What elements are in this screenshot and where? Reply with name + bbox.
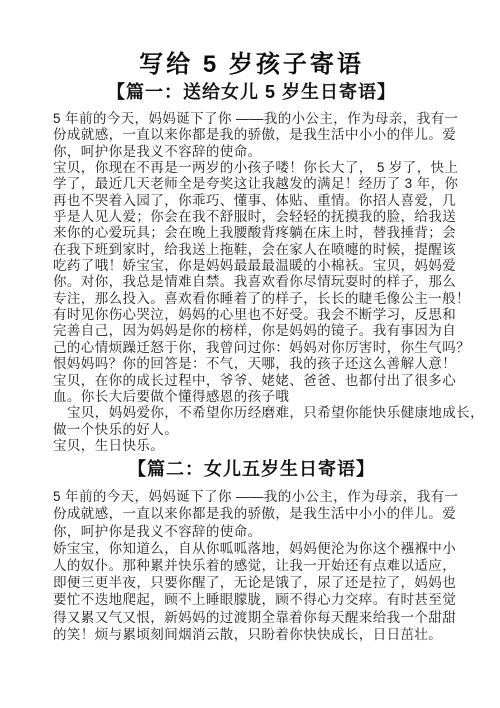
text-line: 来你的心爱玩具；会在晚上我腰酸背疼躺在床上时，替我捶背；会 <box>53 225 450 241</box>
text-line: 你。对你，我总是情难自禁。我喜欢看你尽情玩耍时的样子，那么 <box>53 274 450 290</box>
text-line: 5 年前的今天，妈妈诞下了你 ——我的小公主，作为母亲，我有一 <box>53 111 450 127</box>
text-line: 恨妈妈吗？你的回答是：不气，天哪，我的孩子还这么善解人意！ <box>53 356 450 372</box>
text-line: 你，呵护你是我义不容辞的使命。 <box>53 144 450 160</box>
text-line: 即便三更半夜，只要你醒了，无论是饿了，尿了还是拉了，妈妈也 <box>53 574 450 591</box>
text-line: 娇宝宝，你知道么，自从你呱呱落地，妈妈便沦为你这个襁褓中小 <box>53 540 450 557</box>
section-1-heading: 【篇一：送给女儿 5 岁生日寄语】 <box>53 80 450 104</box>
text-line: 血。你长大后要做个懂得感恩的孩子哦 <box>53 389 450 405</box>
text-line: 吃药了哦！娇宝宝，你是妈妈最最最温暖的小棉袄。宝贝，妈妈爱 <box>53 258 450 274</box>
text-line: 做一个快乐的好人。 <box>53 422 450 438</box>
document-title: 写给 5 岁孩子寄语 <box>53 50 450 80</box>
text-line: 要忙不迭地爬起，顾不上睡眼朦胧，顾不得心力交瘁。有时甚至觉 <box>53 591 450 608</box>
section-2-heading: 【篇二：女儿五岁生日寄语】 <box>53 457 450 481</box>
section-1-body: 5 年前的今天，妈妈诞下了你 ——我的小公主，作为母亲，我有一份成就感，一直以来… <box>53 111 450 454</box>
text-line: 宝贝，在你的成长过程中，爷爷、姥姥、爸爸、也都付出了很多心 <box>53 373 450 389</box>
text-line: 完善自己，因为妈妈是你的榜样，你是妈妈的镜子。我有事因为自 <box>53 323 450 339</box>
text-line: 宝贝，你现在不再是一两岁的小孩子喽！你长大了， 5 岁了，快上 <box>53 160 450 176</box>
text-line: 人的奴仆。那种累并快乐着的感觉，让我一开始还有点难以适应， <box>53 557 450 574</box>
text-line: 有时见你伤心哭泣，妈妈的心里也不好受。我会不断学习，反思和 <box>53 307 450 323</box>
paragraph: 5 年前的今天，妈妈诞下了你 ——我的小公主，作为母亲，我有一份成就感，一直以来… <box>53 488 450 540</box>
text-line: 学了，最近几天老师全是夸奖这让我越发的满足！经历了 3 年，你 <box>53 176 450 192</box>
section-essay-2: 【篇二：女儿五岁生日寄语】 5 年前的今天，妈妈诞下了你 ——我的小公主，作为母… <box>53 457 450 643</box>
paragraph: 宝贝，妈妈爱你，不希望你历经磨难，只希望你能快乐健康地成长，做一个快乐的好人。 <box>53 405 450 438</box>
text-line: 己的心情烦躁迁怒于你，我曾问过你：妈妈对你厉害时，你生气吗？ <box>53 340 450 356</box>
paragraph: 娇宝宝，你知道么，自从你呱呱落地，妈妈便沦为你这个襁褓中小人的奴仆。那种累并快乐… <box>53 540 450 643</box>
text-line: 在我下班到家时，给我送上拖鞋，会在家人在喷嚏的时候，提醒该 <box>53 242 450 258</box>
text-line: 乎是人见人爱；你会在我不舒服时，会轻轻的抚摸我的脸，给我送 <box>53 209 450 225</box>
section-essay-1: 【篇一：送给女儿 5 岁生日寄语】 5 年前的今天，妈妈诞下了你 ——我的小公主… <box>53 80 450 454</box>
text-line: 的笑！烦与累顷刻间烟消云散，只盼着你快快成长，日日茁壮。 <box>53 626 450 643</box>
document-page: 写给 5 岁孩子寄语 【篇一：送给女儿 5 岁生日寄语】 5 年前的今天，妈妈诞… <box>0 0 500 708</box>
text-line: 宝贝，妈妈爱你，不希望你历经磨难，只希望你能快乐健康地成长， <box>53 405 450 421</box>
paragraph: 宝贝，生日快乐。 <box>53 438 450 454</box>
paragraph: 宝贝，你现在不再是一两岁的小孩子喽！你长大了， 5 岁了，快上学了，最近几天老师… <box>53 160 450 405</box>
section-2-body: 5 年前的今天，妈妈诞下了你 ——我的小公主，作为母亲，我有一份成就感，一直以来… <box>53 488 450 643</box>
paragraph: 5 年前的今天，妈妈诞下了你 ——我的小公主，作为母亲，我有一份成就感，一直以来… <box>53 111 450 160</box>
text-line: 再也不哭着入园了，你乖巧、懂事、体贴、重情。你招人喜爱，几 <box>53 193 450 209</box>
text-line: 专注，那么投入。喜欢看你睡着了的样子，长长的睫毛像公主一般！ <box>53 291 450 307</box>
text-line: 宝贝，生日快乐。 <box>53 438 450 454</box>
text-line: 得又累又气又恨，新妈妈的过渡期全靠着你每天醒来给我一个甜甜 <box>53 609 450 626</box>
text-line: 份成就感，一直以来你都是我的骄傲，是我生活中小小的伴儿。爱 <box>53 127 450 143</box>
text-line: 你，呵护你是我义不容辞的使命。 <box>53 523 450 540</box>
text-line: 份成就感，一直以来你都是我的骄傲，是我生活中小小的伴儿。爱 <box>53 505 450 522</box>
text-line: 5 年前的今天，妈妈诞下了你 ——我的小公主，作为母亲，我有一 <box>53 488 450 505</box>
